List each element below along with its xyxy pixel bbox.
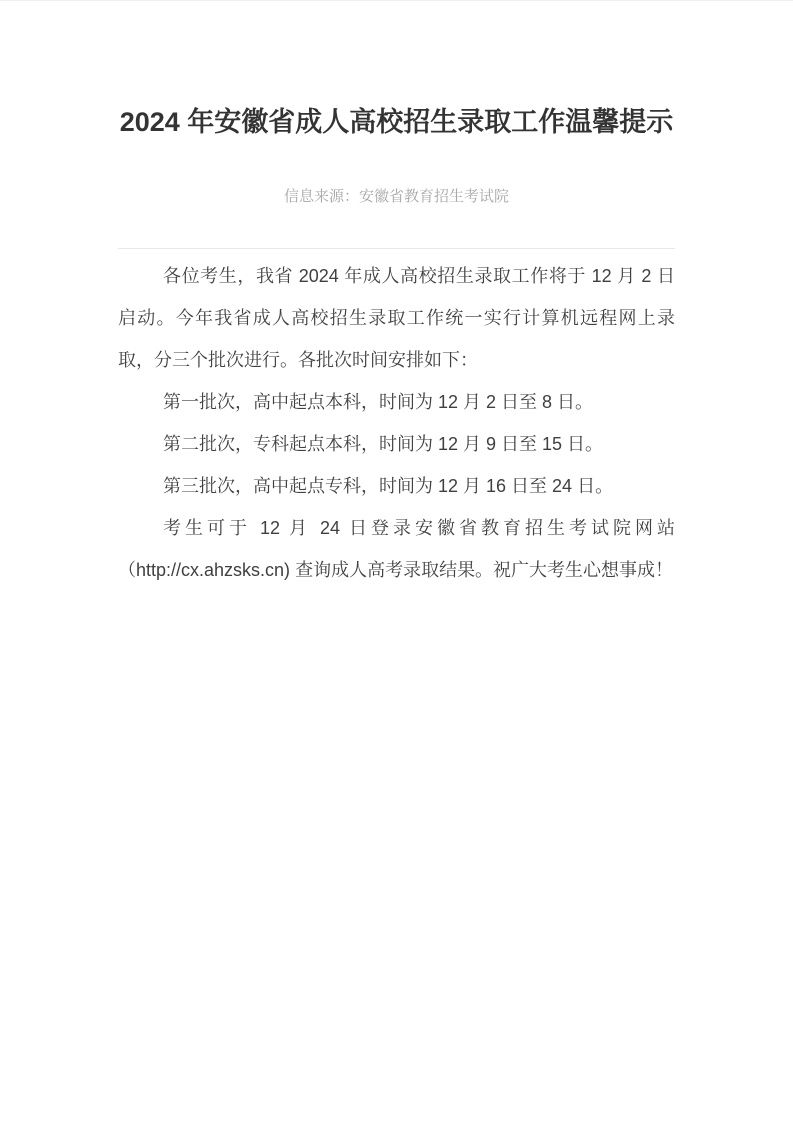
header-divider [118, 248, 675, 249]
notice-page: { "article_page": { "title": "2024 年安徽省成… [0, 0, 793, 1122]
page-title: 2024 年安徽省成人高校招生录取工作温馨提示 [118, 102, 675, 142]
paragraph-query-info: 考生可于 12 月 24 日登录安徽省教育招生考试院网站（http://cx.a… [118, 507, 675, 591]
query-info-text: 考生可于 12 月 24 日登录安徽省教育招生考试院网站 [163, 518, 675, 538]
query-info-tail: 查询成人高考录取结果。祝广大考生心想事成！ [290, 560, 673, 580]
page-top-border [0, 0, 793, 1]
info-source-line: 信息来源：安徽省教育招生考试院 [118, 186, 675, 208]
paragraph-batch-2: 第二批次，专科起点本科，时间为 12 月 9 日至 15 日。 [118, 423, 675, 465]
article-body: 各位考生，我省 2024 年成人高校招生录取工作将于 12 月 2 日启动。今年… [118, 255, 675, 591]
paragraph-batch-1: 第一批次，高中起点本科，时间为 12 月 2 日至 8 日。 [118, 381, 675, 423]
query-url-text: （http://cx.ahzsks.cn) [118, 560, 290, 580]
paragraph-intro: 各位考生，我省 2024 年成人高校招生录取工作将于 12 月 2 日启动。今年… [118, 255, 675, 381]
article-container: 2024 年安徽省成人高校招生录取工作温馨提示 信息来源：安徽省教育招生考试院 … [118, 102, 675, 591]
paragraph-batch-3: 第三批次，高中起点专科，时间为 12 月 16 日至 24 日。 [118, 465, 675, 507]
